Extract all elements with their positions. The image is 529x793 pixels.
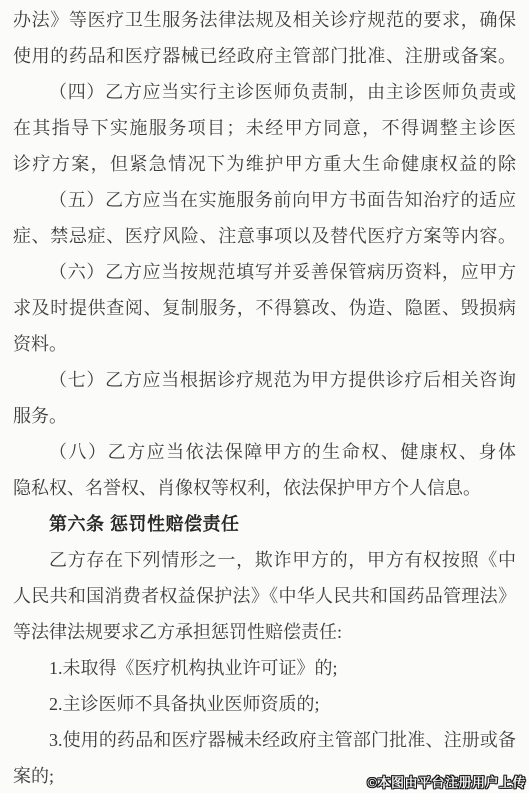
text-line: 1.未取得《医疗机构执业许可证》的; bbox=[13, 650, 516, 686]
text-line: 3.使用的药品和医疗器械未经政府主管部门批准、注册或备 bbox=[13, 722, 516, 758]
text-line: 等法律法规要求乙方承担惩罚性赔偿责任: bbox=[13, 614, 516, 650]
text-line: 资料。 bbox=[13, 326, 516, 362]
text-line: 诊疗方案，但紧急情况下为维护甲方重大生命健康权益的除外。 bbox=[13, 146, 516, 182]
text-line: （四）乙方应当实行主诊医师负责制，由主诊医师负责或 bbox=[13, 74, 516, 110]
document-body: 办法》等医疗卫生服务法律法规及相关诊疗规范的要求，确保所使用的药品和医疗器械已经… bbox=[13, 2, 516, 793]
text-line: 2.主诊医师不具备执业医师资质的; bbox=[13, 686, 516, 722]
text-line: （五）乙方应当在实施服务前向甲方书面告知治疗的适应 bbox=[13, 182, 516, 218]
text-line: 求及时提供查阅、复制服务，不得篡改、伪造、隐匿、毁损病历 bbox=[13, 290, 516, 326]
text-line: 服务。 bbox=[13, 398, 516, 434]
uploader-watermark: ©本图由平台注册用户上传 bbox=[367, 772, 526, 791]
section-heading: 第六条 惩罚性赔偿责任 bbox=[13, 506, 516, 542]
text-line: 使用的药品和医疗器械已经政府主管部门批准、注册或备案。 bbox=[13, 38, 516, 74]
text-line: 乙方存在下列情形之一，欺诈甲方的，甲方有权按照《中华 bbox=[13, 542, 516, 578]
text-line: 隐私权、名誉权、肖像权等权利，依法保护甲方个人信息。 bbox=[13, 470, 516, 506]
text-line: 办法》等医疗卫生服务法律法规及相关诊疗规范的要求，确保所 bbox=[13, 2, 516, 38]
text-line: （八）乙方应当依法保障甲方的生命权、健康权、身体权、 bbox=[13, 434, 516, 470]
text-line: 在其指导下实施服务项目；未经甲方同意，不得调整主诊医师、 bbox=[13, 110, 516, 146]
text-line: （六）乙方应当按规范填写并妥善保管病历资料，应甲方要 bbox=[13, 254, 516, 290]
text-line: （七）乙方应当根据诊疗规范为甲方提供诊疗后相关咨询和 bbox=[13, 362, 516, 398]
text-line: 症、禁忌症、医疗风险、注意事项以及替代医疗方案等内容。 bbox=[13, 218, 516, 254]
text-line: 人民共和国消费者权益保护法》《中华人民共和国药品管理法》 bbox=[13, 578, 516, 614]
contract-document-page: 办法》等医疗卫生服务法律法规及相关诊疗规范的要求，确保所使用的药品和医疗器械已经… bbox=[0, 0, 529, 793]
